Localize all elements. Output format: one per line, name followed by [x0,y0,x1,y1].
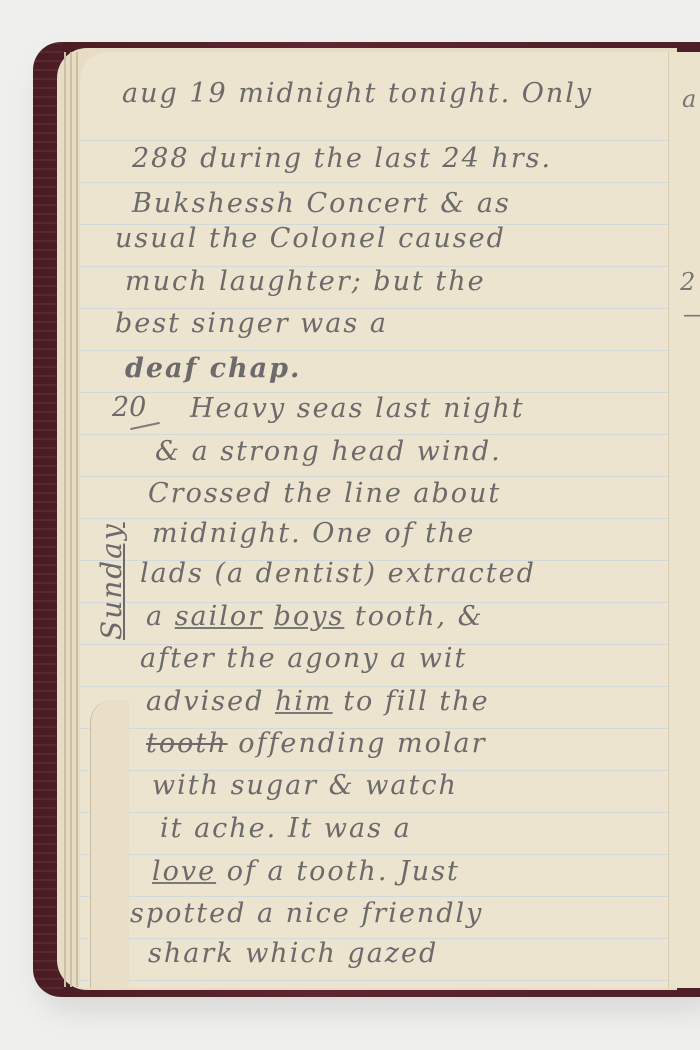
text-fragment: of a tooth. Just [216,856,460,887]
handwritten-line: tooth offending molar [146,730,486,757]
underlined-word: love [152,856,216,887]
handwritten-line: shark which gazed [148,940,438,967]
rule-line [80,182,670,183]
text-fragment: to fill the [333,686,490,717]
handwritten-line: & a strong head wind. [155,438,502,465]
underlined-word: boys [274,601,345,632]
handwritten-line: advised him to fill the [146,688,490,715]
margin-note-sunday: Sunday [95,522,128,640]
handwritten-line: 288 during the last 24 hrs. [132,145,552,172]
handwritten-line: usual the Colonel caused [115,225,506,252]
handwritten-line: aug 19 midnight tonight. Only [122,80,593,107]
handwritten-line: spotted a nice friendly [130,900,483,927]
rule-line [80,140,670,141]
text-fragment: advised [146,686,275,717]
page-tab-notch [90,700,129,988]
underlined-word: him [275,686,333,717]
text-fragment [263,601,274,632]
facing-page-text: a [682,85,696,113]
handwritten-line: a sailor boys tooth, & [146,603,484,630]
handwritten-line: midnight. One of the [152,520,475,547]
handwritten-line: it ache. It was a [160,815,412,842]
underlined-word: sailor [175,601,263,632]
handwritten-line: after the agony a wit [140,645,467,672]
handwritten-line: Crossed the line about [148,480,501,507]
handwritten-line: lads (a dentist) extracted [140,560,536,587]
text-fragment: a [146,601,175,632]
rule-line [80,854,670,855]
text-fragment: tooth, & [344,601,483,632]
text-fragment: offending molar [228,728,487,759]
handwritten-line: best singer was a [115,310,388,337]
handwritten-line: Bukshessh Concert & as [132,190,511,217]
facing-page-text: — [683,300,700,328]
page-edge [76,52,78,987]
rule-line [80,980,670,981]
handwritten-line: with sugar & watch [152,772,458,799]
facing-page-edge [668,52,700,988]
rule-line [80,350,670,351]
entry-date-number: 20 [112,392,146,423]
struck-word: tooth [146,728,228,759]
handwritten-line: love of a tooth. Just [152,858,460,885]
handwritten-line: Heavy seas last night [190,395,525,422]
handwritten-line: much laughter; but the [125,268,486,295]
page-edge [70,52,72,987]
facing-page-text: 2 [680,268,695,296]
rule-line [80,434,670,435]
rule-line [80,896,670,897]
page-edge [64,52,66,987]
rule-line [80,476,670,477]
handwritten-line: deaf chap. [125,355,301,382]
